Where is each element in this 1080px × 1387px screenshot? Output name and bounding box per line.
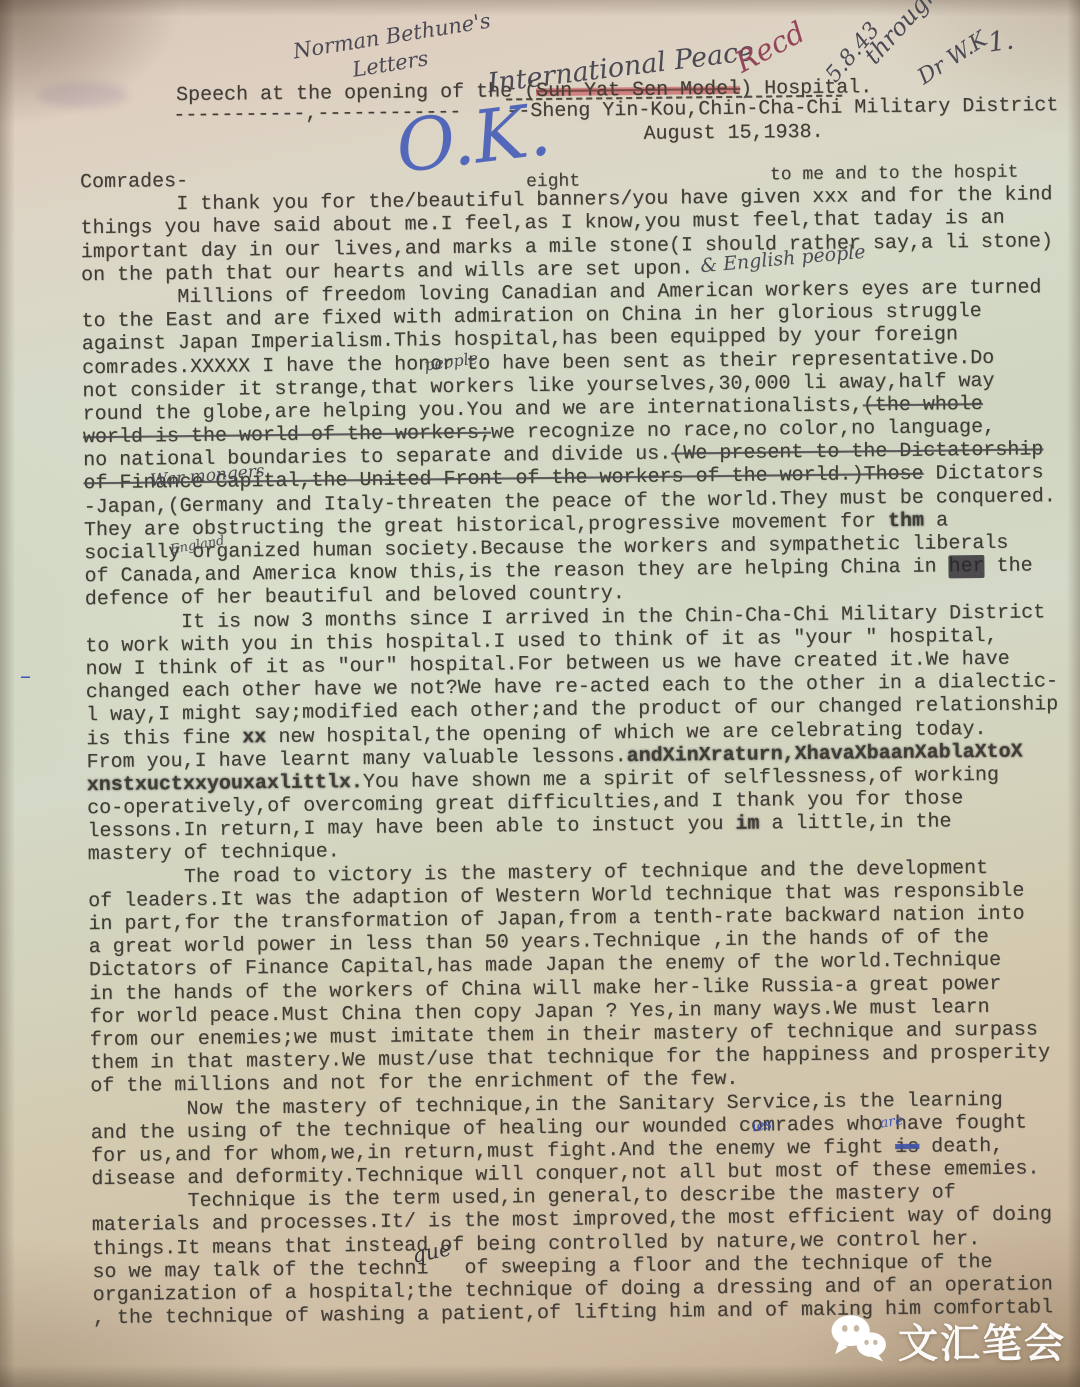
inked-out-segment: her bbox=[948, 555, 984, 578]
line-segment: the bbox=[984, 555, 1032, 579]
wechat-icon bbox=[828, 1313, 888, 1368]
scanned-letter-page: Speech at the opening of the (Sun Yat Se… bbox=[0, 0, 1080, 1387]
body-text: Comrades- I thank you for the/beautiful … bbox=[80, 160, 1080, 1331]
pencil-struck-segment: (the whole bbox=[863, 393, 983, 417]
x-deleted-segment: xnstxuctxxyouxaxlittlx. bbox=[87, 771, 363, 797]
blue-struck-segment: is bbox=[895, 1136, 919, 1159]
handwritten-page-number: 1. bbox=[986, 24, 1016, 58]
document-subtitle: --Sheng Yin-Kou,Chin-Cha-Chi Military Di… bbox=[506, 94, 1058, 123]
watermark: 文汇笔会 bbox=[828, 1312, 1066, 1369]
overtyped-segment: xx bbox=[242, 726, 266, 749]
line-segment: death, bbox=[919, 1135, 1003, 1159]
subtitle-overstruck: --Sheng Yin-Kou,Chin-Cha-Chi bbox=[506, 97, 842, 124]
handwritten-initials: Dr W.K bbox=[913, 27, 991, 90]
paper-smudge bbox=[38, 82, 128, 108]
document-date: August 15,1938. bbox=[643, 121, 823, 146]
line-segment: a bbox=[924, 509, 948, 532]
overtyped-segment: thm bbox=[888, 509, 924, 532]
handwritten-received-mark: Recd bbox=[729, 15, 810, 80]
watermark-text: 文汇笔会 bbox=[898, 1312, 1066, 1369]
handwritten-ies: ies bbox=[751, 1116, 773, 1135]
overtyped-segment: im bbox=[735, 813, 759, 836]
line-segment: Dictators bbox=[923, 462, 1043, 486]
line-segment: is this fine bbox=[86, 726, 242, 751]
handwritten-are: are bbox=[879, 1112, 904, 1131]
subtitle-rest: Military District bbox=[842, 94, 1058, 119]
margin-pencil-mark: – bbox=[20, 664, 31, 689]
line-segment: a little,in the bbox=[759, 811, 951, 836]
